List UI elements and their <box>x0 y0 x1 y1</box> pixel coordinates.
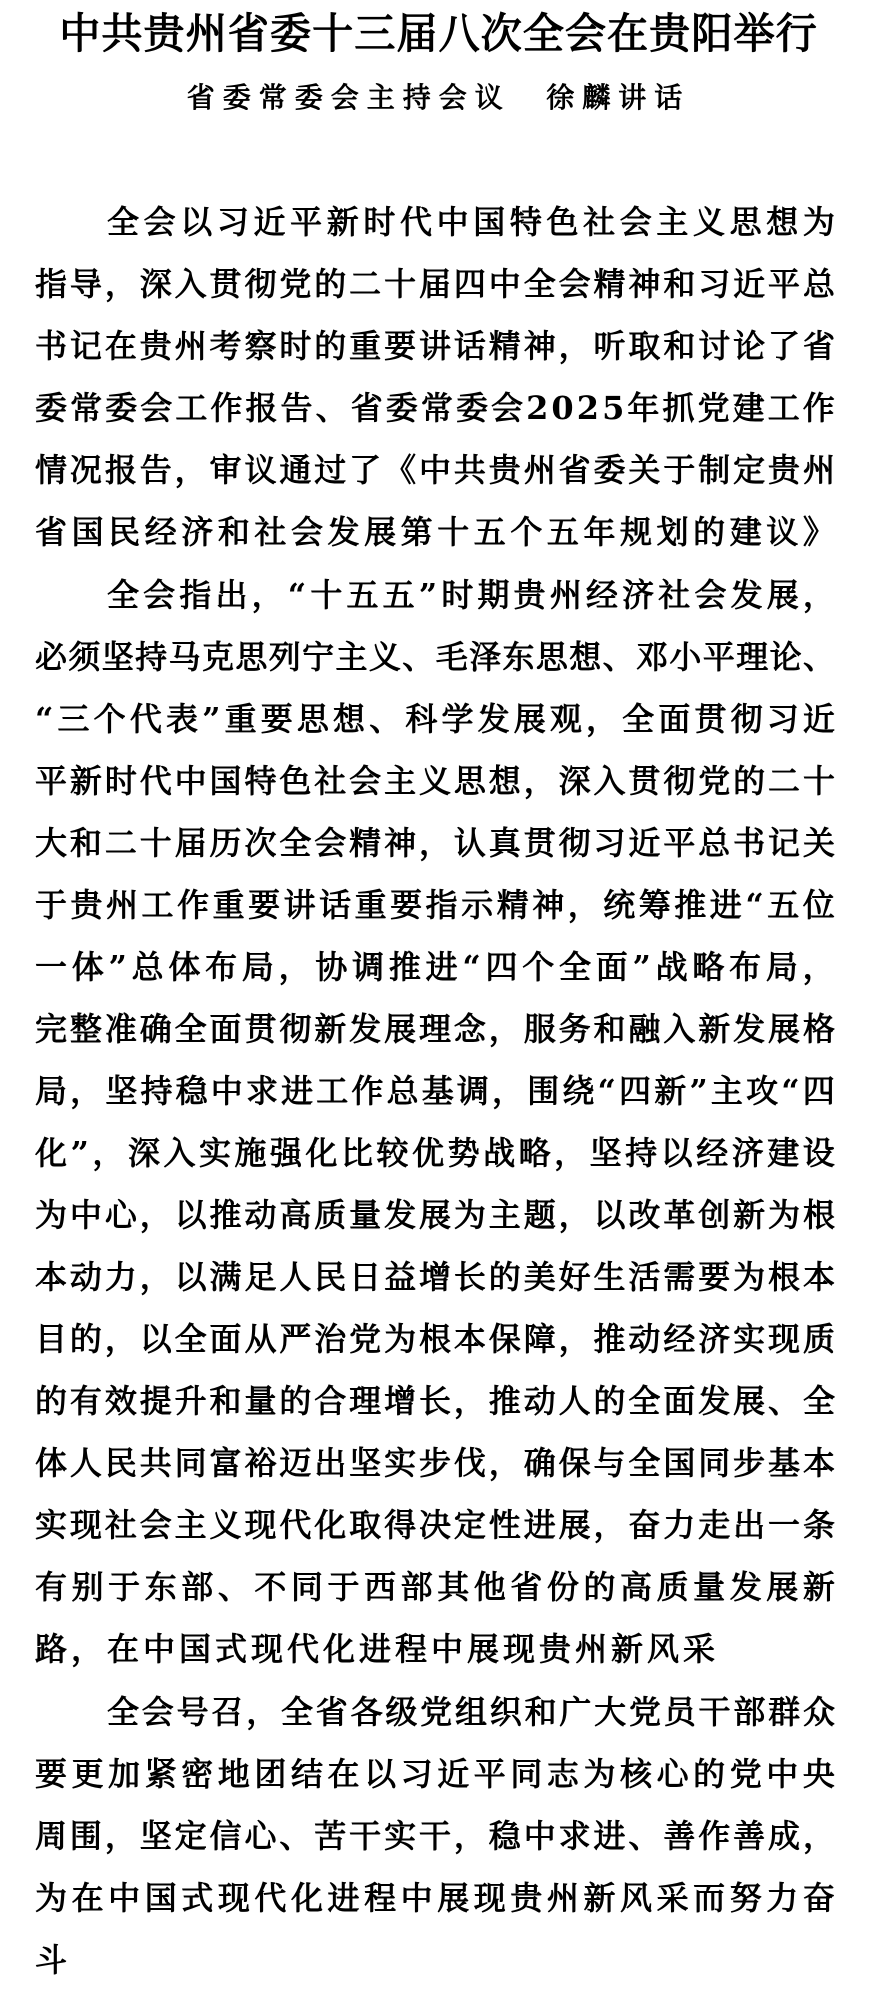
text-line: 指导，深入贯彻党的二十届四中全会精神和习近平总 <box>35 253 835 315</box>
text-line: 全会以习近平新时代中国特色社会主义思想为 <box>35 191 835 253</box>
paragraph-3: 全会号召，全省各级党组织和广大党员干部群众 要更加紧密地团结在以习近平同志为核心… <box>35 1681 835 1991</box>
text-line: 本动力，以满足人民日益增长的美好生活需要为根本 <box>35 1246 835 1308</box>
text-line: 完整准确全面贯彻新发展理念，服务和融入新发展格 <box>35 998 835 1060</box>
subheadline: 省委常委会主持会议 徐麟讲话 <box>0 80 877 116</box>
text-line: 全会号召，全省各级党组织和广大党员干部群众 <box>35 1681 835 1743</box>
text-line: 大和二十届历次全会精神，认真贯彻习近平总书记关 <box>35 812 835 874</box>
text-line: 要更加紧密地团结在以习近平同志为核心的党中央 <box>35 1743 835 1805</box>
text-line: 的有效提升和量的合理增长，推动人的全面发展、全 <box>35 1370 835 1432</box>
text-line: 目的，以全面从严治党为根本保障，推动经济实现质 <box>35 1308 835 1370</box>
text-line: 斗 <box>35 1929 835 1991</box>
text-line: 体人民共同富裕迈出坚实步伐，确保与全国同步基本 <box>35 1432 835 1494</box>
text-line: 全会指出，“十五五”时期贵州经济社会发展， <box>35 564 835 626</box>
text-line: “三个代表”重要思想、科学发展观，全面贯彻习近 <box>35 688 835 750</box>
text-line: 化”，深入实施强化比较优势战略，坚持以经济建设 <box>35 1122 835 1184</box>
text-line: 为中心，以推动高质量发展为主题，以改革创新为根 <box>35 1184 835 1246</box>
text-line: 于贵州工作重要讲话重要指示精神，统筹推进“五位 <box>35 874 835 936</box>
text-line: 路，在中国式现代化进程中展现贵州新风采 <box>35 1618 835 1680</box>
text-line: 实现社会主义现代化取得决定性进展，奋力走出一条 <box>35 1494 835 1556</box>
headline: 中共贵州省委十三届八次全会在贵阳举行 <box>9 8 868 60</box>
text-line: 一体”总体布局，协调推进“四个全面”战略布局， <box>35 936 835 998</box>
text-line: 为在中国式现代化进程中展现贵州新风采而努力奋 <box>35 1867 835 1929</box>
paragraph-1: 全会以习近平新时代中国特色社会主义思想为 指导，深入贯彻党的二十届四中全会精神和… <box>35 191 835 563</box>
text-line: 局，坚持稳中求进工作总基调，围绕“四新”主攻“四 <box>35 1060 835 1122</box>
text-line: 必须坚持马克思列宁主义、毛泽东思想、邓小平理论、 <box>35 626 835 688</box>
text-line: 委常委会工作报告、省委常委会2025年抓党建工作 <box>35 377 835 439</box>
text-line: 平新时代中国特色社会主义思想，深入贯彻党的二十 <box>35 750 835 812</box>
text-line: 周围，坚定信心、苦干实干，稳中求进、善作善成， <box>35 1805 835 1867</box>
paragraph-2: 全会指出，“十五五”时期贵州经济社会发展， 必须坚持马克思列宁主义、毛泽东思想、… <box>35 564 835 1680</box>
text-line: 省国民经济和社会发展第十五个五年规划的建议》 <box>35 501 835 563</box>
text-line: 有别于东部、不同于西部其他省份的高质量发展新 <box>35 1556 835 1618</box>
text-line: 情况报告，审议通过了《中共贵州省委关于制定贵州 <box>35 439 835 501</box>
text-line: 书记在贵州考察时的重要讲话精神，听取和讨论了省 <box>35 315 835 377</box>
